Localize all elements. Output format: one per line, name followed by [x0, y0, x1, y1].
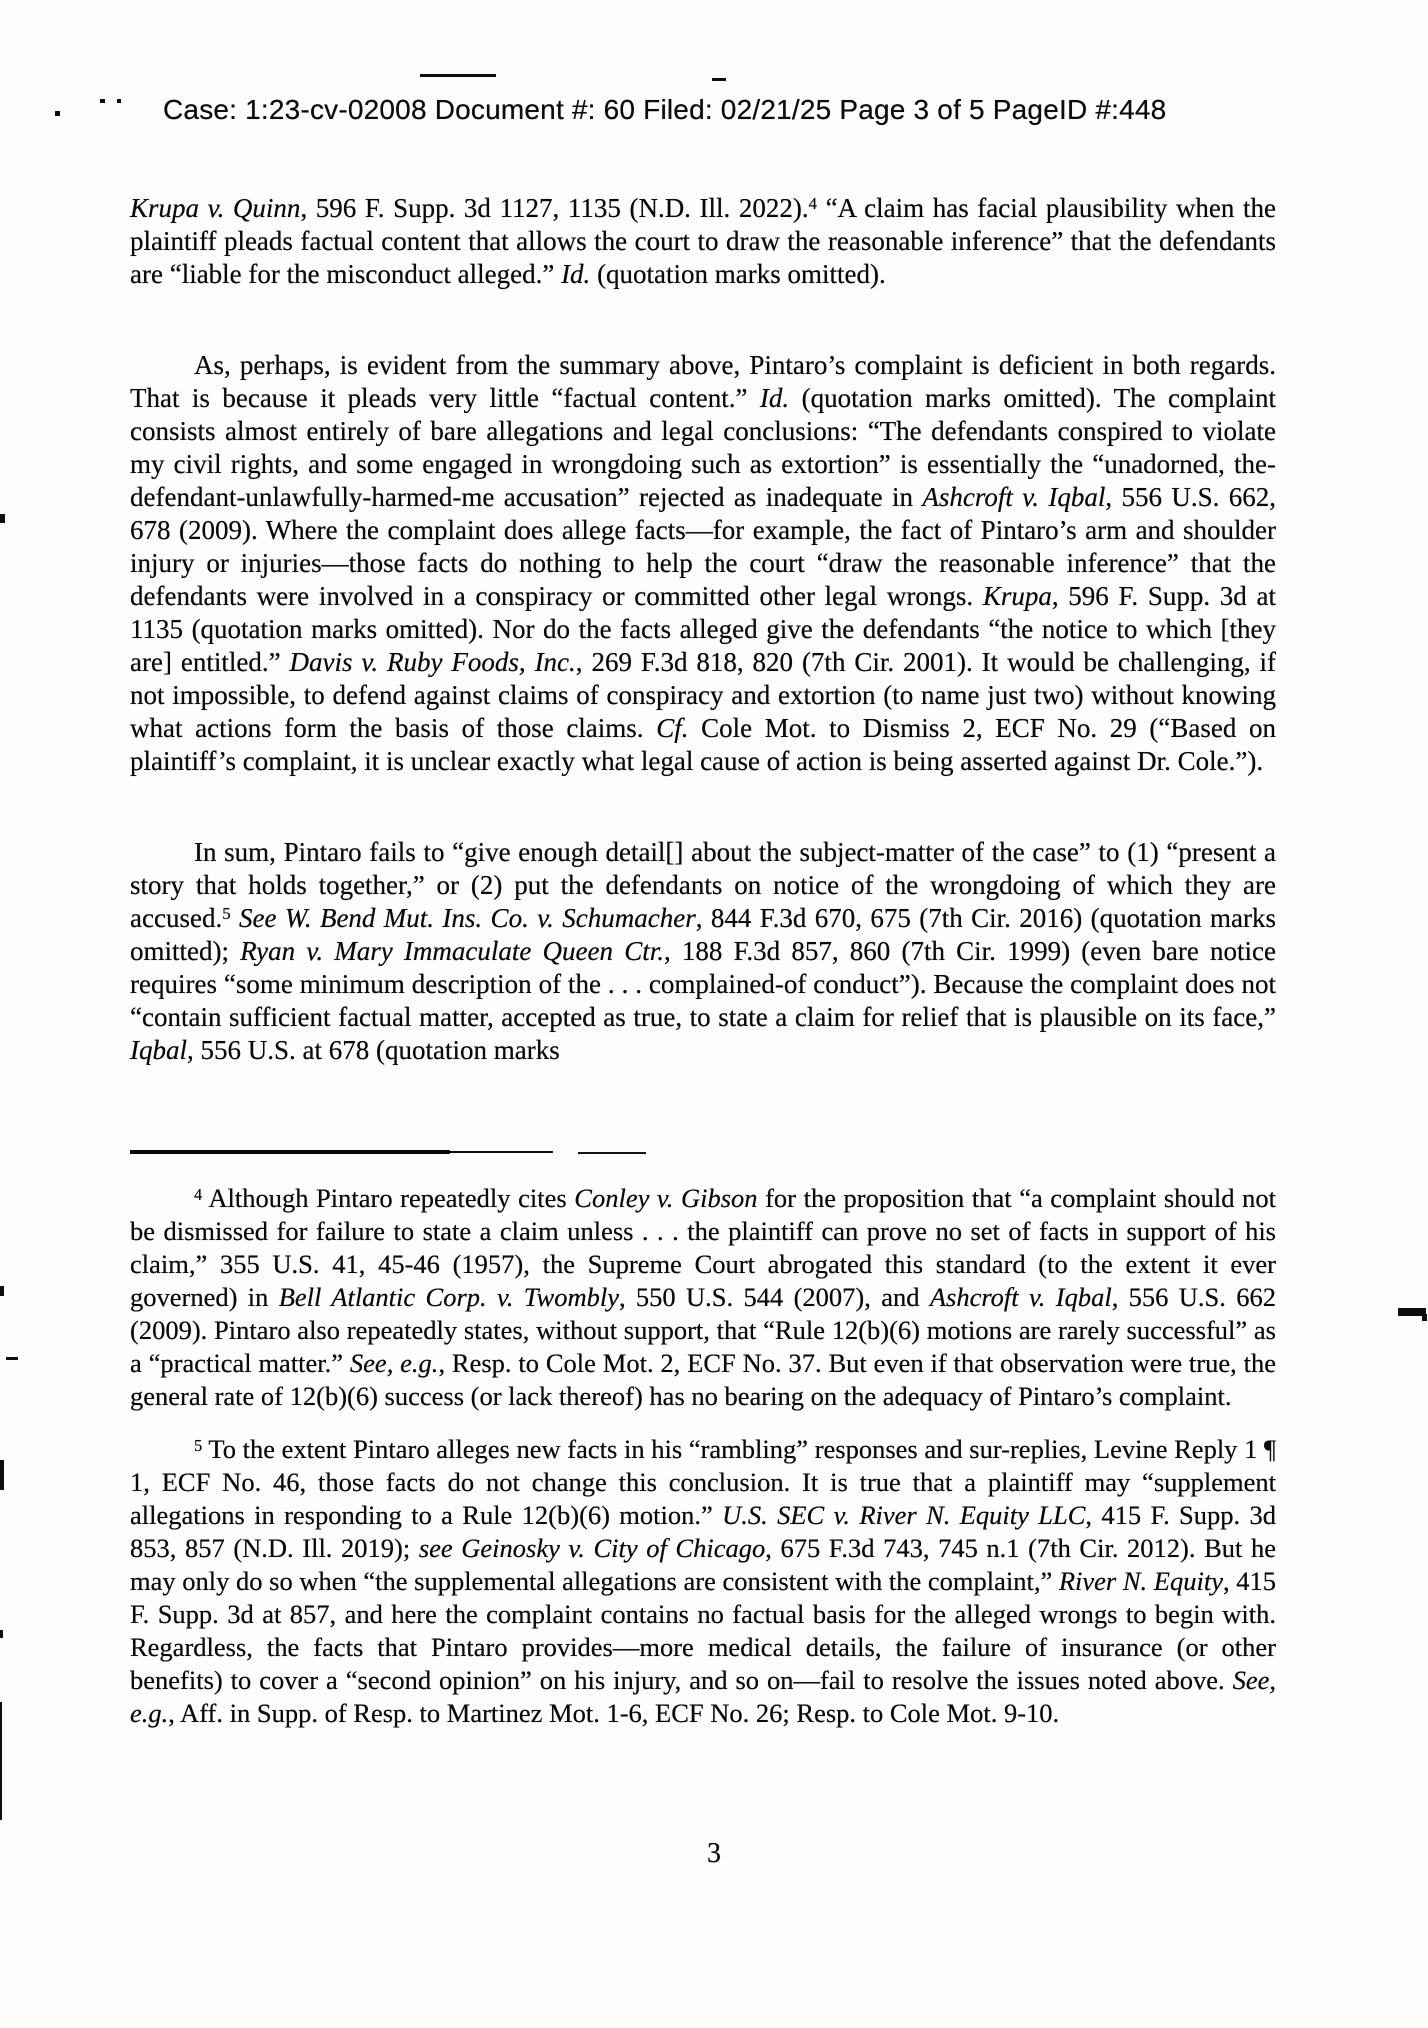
footnote-reference: 4 — [809, 194, 817, 213]
page-number: 3 — [0, 1838, 1428, 1870]
scan-artifact — [6, 1357, 18, 1360]
text-run: (quotation marks omitted). — [590, 259, 885, 289]
footnote-separator — [130, 1150, 670, 1158]
scan-artifact — [100, 99, 105, 103]
footnote-4: 4 Although Pintaro repeatedly cites Conl… — [130, 1182, 1276, 1413]
footnote-5: 5 To the extent Pintaro alleges new fact… — [130, 1433, 1276, 1730]
case-citation-italic: U.S. SEC v. River N. Equity LLC — [722, 1500, 1085, 1530]
opinion-body: Krupa v. Quinn, 596 F. Supp. 3d 1127, 11… — [130, 192, 1276, 1067]
case-citation-italic: Conley v. Gibson — [574, 1183, 757, 1213]
case-citation-italic: Id. — [760, 383, 789, 413]
footnote-reference: 5 — [222, 904, 230, 923]
scan-artifact — [420, 74, 496, 77]
footnote-separator-line — [578, 1152, 646, 1154]
case-citation-italic: Ryan v. Mary Immaculate Queen Ctr. — [240, 936, 664, 966]
scan-artifact — [55, 111, 60, 116]
scan-artifact — [712, 78, 726, 81]
document-page: Case: 1:23-cv-02008 Document #: 60 Filed… — [0, 0, 1428, 2028]
paragraph-in-sum: In sum, Pintaro fails to “give enough de… — [130, 836, 1276, 1067]
scan-artifact — [0, 1286, 4, 1296]
scan-artifact — [0, 1702, 2, 1820]
footnote-separator-line — [445, 1151, 553, 1153]
text-run: Although Pintaro repeatedly cites — [202, 1183, 574, 1213]
case-citation-italic: Krupa — [983, 581, 1052, 611]
scan-artifact — [0, 514, 5, 523]
case-citation-italic: See W. Bend Mut. Ins. Co. v. Schumacher — [239, 903, 696, 933]
case-citation-italic: Ashcroft v. Iqbal — [922, 482, 1105, 512]
case-citation-italic: Ashcroft v. Iqbal — [930, 1282, 1112, 1312]
text-run — [231, 903, 239, 933]
case-citation-italic: Bell Atlantic Corp. v. Twombly — [279, 1282, 619, 1312]
text-run: , Aff. in Supp. of Resp. to Martinez Mot… — [168, 1698, 1059, 1728]
scan-artifact — [117, 99, 121, 103]
text-run: , 556 U.S. at 678 (quotation marks — [187, 1035, 560, 1065]
scan-artifact — [1422, 1314, 1427, 1321]
paragraph-krupa-citation: Krupa v. Quinn, 596 F. Supp. 3d 1127, 11… — [130, 192, 1276, 291]
paragraph-complaint-deficient: As, perhaps, is evident from the summary… — [130, 349, 1276, 778]
case-citation-italic: Krupa v. Quinn — [130, 193, 300, 223]
text-run: , 596 F. Supp. 3d 1127, 1135 (N.D. Ill. … — [300, 193, 808, 223]
scan-artifact — [0, 1630, 3, 1638]
footnote-reference: 5 — [194, 1436, 202, 1455]
case-citation-italic: see Geinosky v. City of Chicago — [419, 1533, 765, 1563]
case-citation-italic: Iqbal — [130, 1035, 187, 1065]
footnotes: 4 Although Pintaro repeatedly cites Conl… — [130, 1182, 1276, 1730]
case-citation-italic: See, e.g. — [350, 1348, 439, 1378]
case-citation-italic: River N. Equity — [1059, 1566, 1223, 1596]
case-citation-italic: Id. — [561, 259, 590, 289]
case-caption: Case: 1:23-cv-02008 Document #: 60 Filed… — [163, 94, 1166, 126]
footnote-reference: 4 — [194, 1185, 202, 1204]
case-citation-italic: Davis v. Ruby Foods, Inc. — [289, 647, 575, 677]
footnote-separator-line — [130, 1150, 450, 1154]
scan-artifact — [0, 1460, 4, 1490]
text-run: , 550 U.S. 544 (2007), and — [619, 1282, 930, 1312]
case-citation-italic: Cf. — [656, 713, 688, 743]
